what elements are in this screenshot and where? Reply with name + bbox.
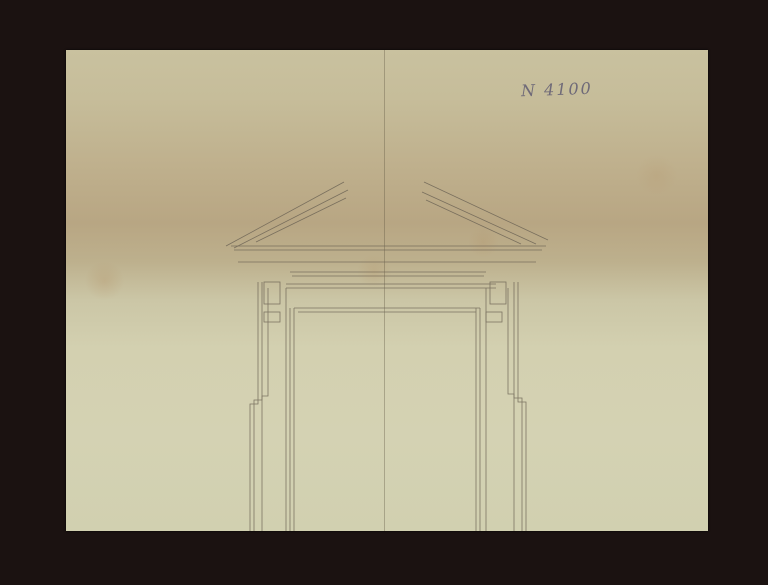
frame-right [476, 282, 526, 531]
console-right [490, 282, 506, 304]
inner-lintel [294, 308, 480, 312]
console-right-base [486, 312, 502, 322]
pediment-left [226, 182, 348, 248]
frame-left [250, 282, 294, 531]
console-left [264, 282, 280, 304]
doorway-elevation-drawing [66, 50, 708, 531]
scan-background: N 4100 [0, 0, 768, 585]
console-left-base [264, 312, 280, 322]
paper-sheet: N 4100 [66, 50, 708, 531]
pediment-right [422, 182, 548, 244]
